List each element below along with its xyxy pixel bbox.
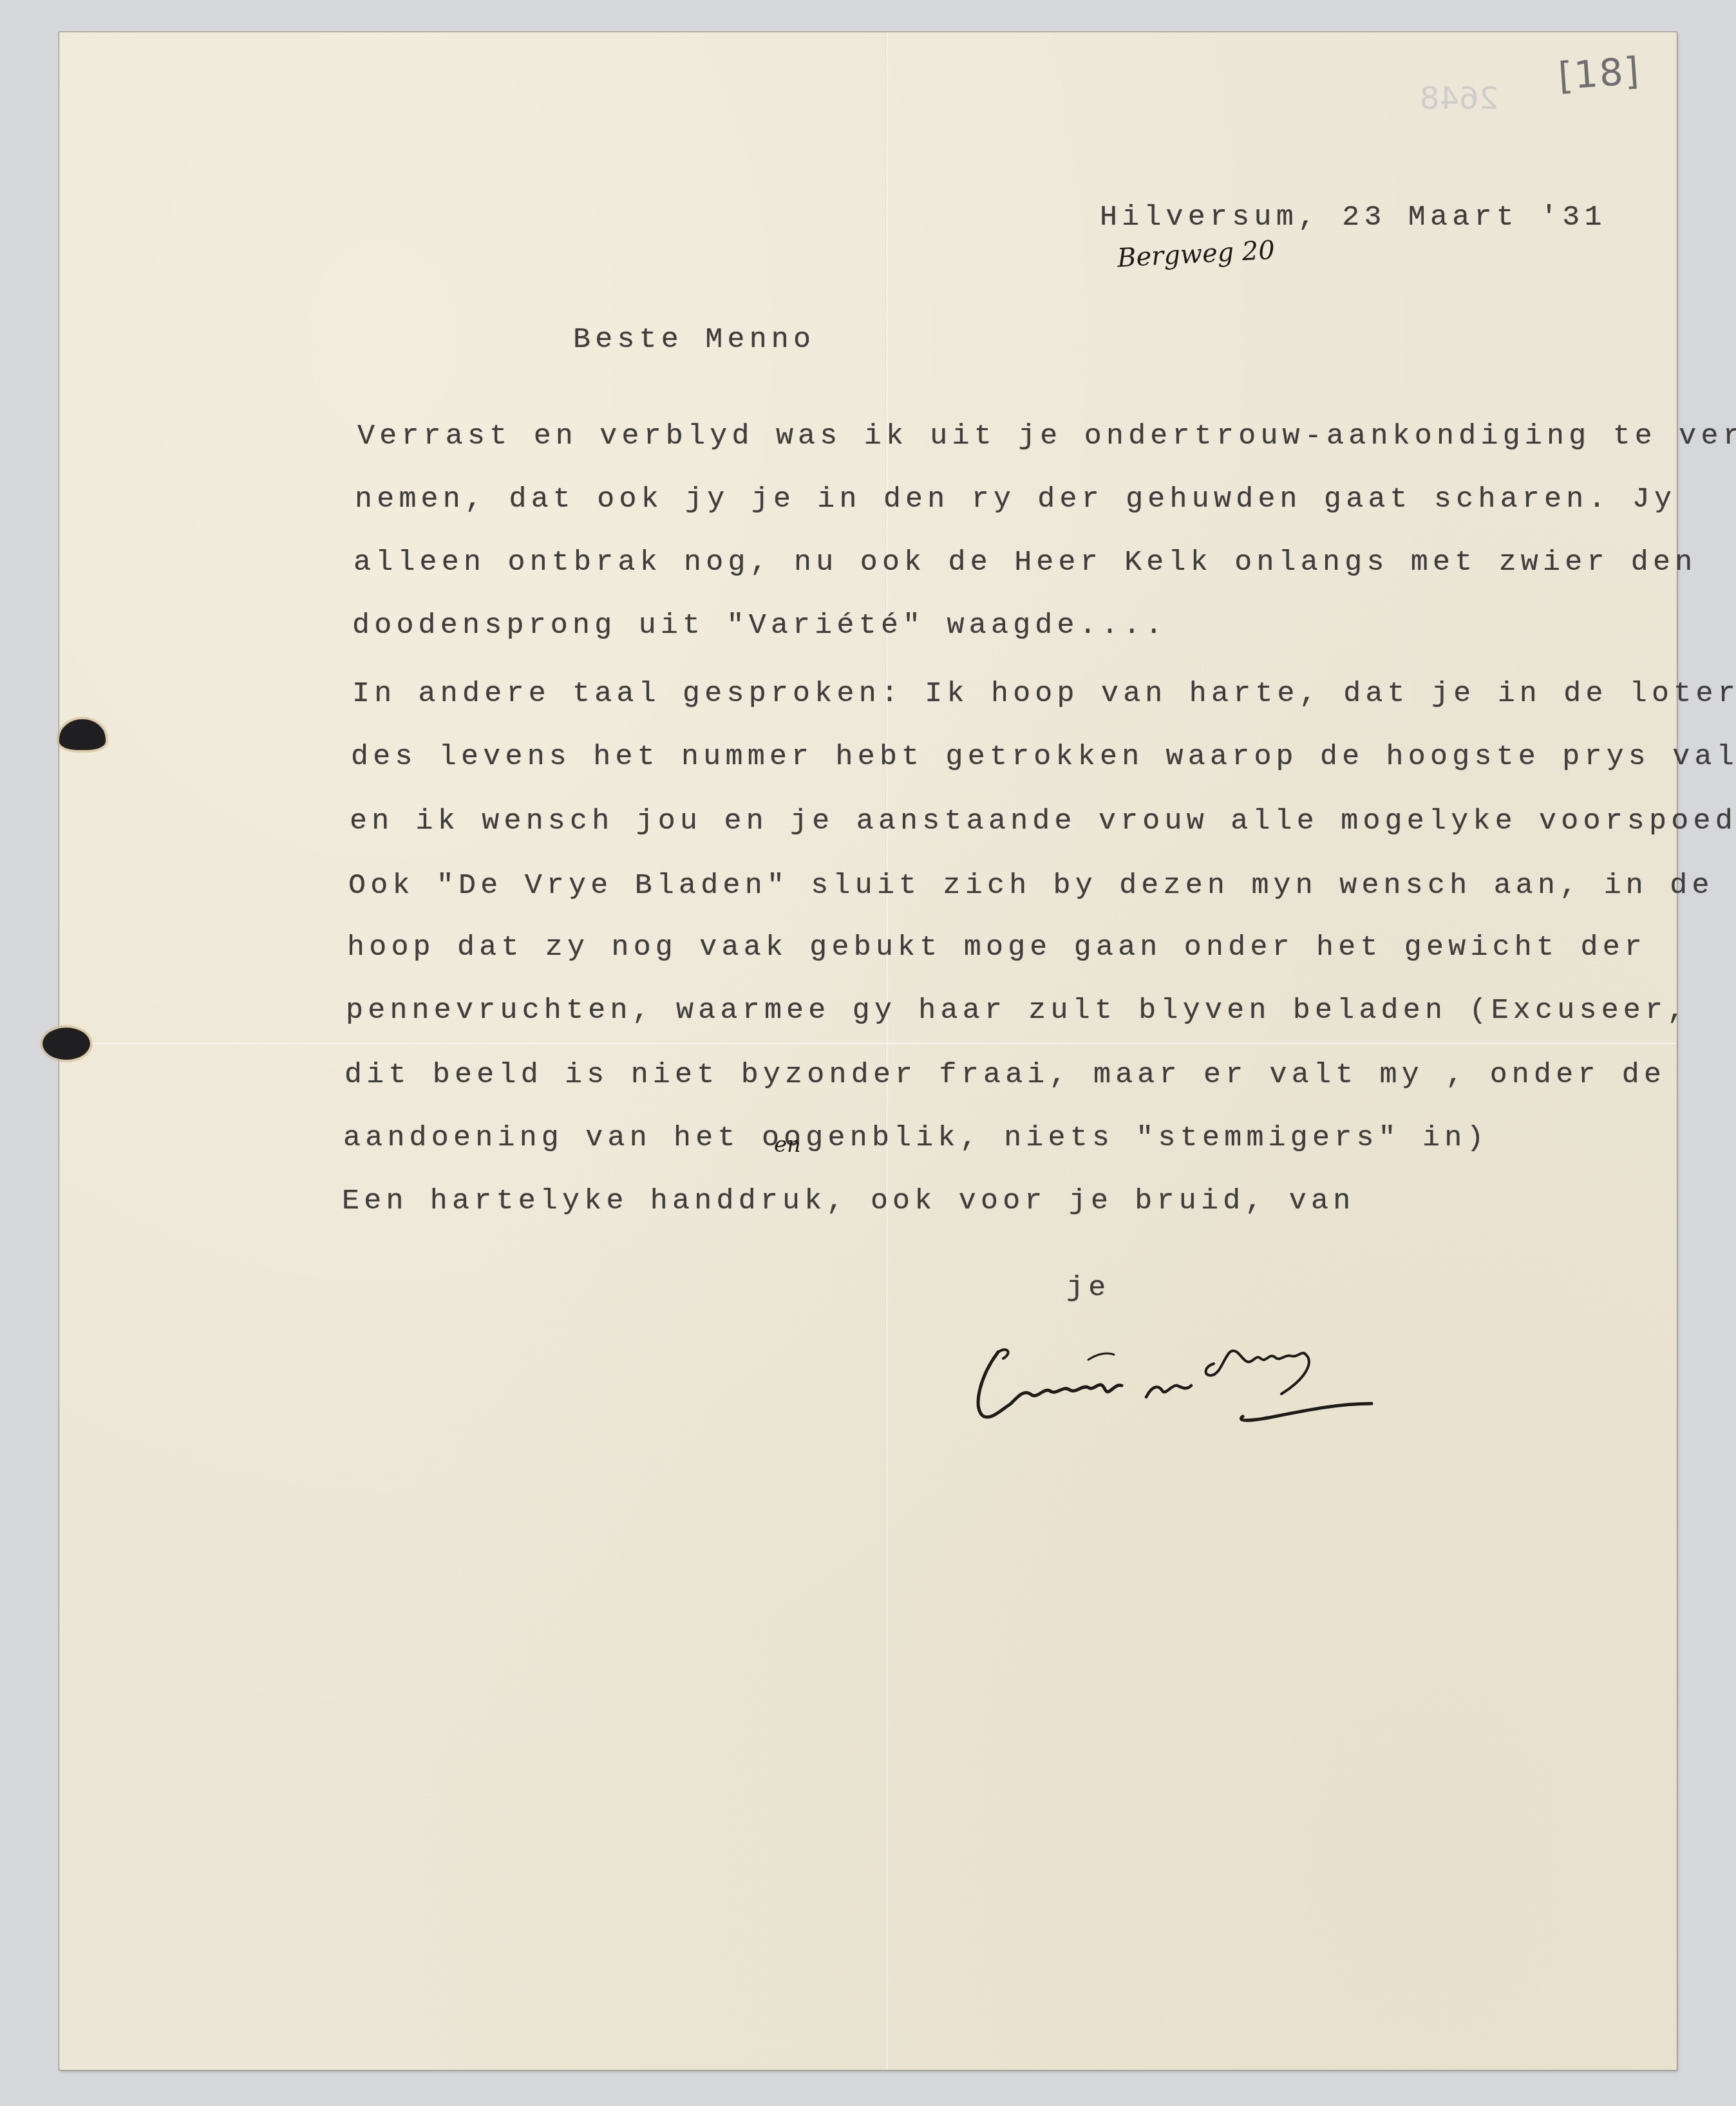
punch-hole-icon bbox=[42, 1028, 90, 1060]
vertical-fold-crease bbox=[885, 32, 888, 2070]
body-line: aandoening van het oogenblik, niets "ste… bbox=[343, 1122, 1489, 1154]
dateline: Hilversum, 23 Maart '31 bbox=[1100, 201, 1607, 234]
ghost-stamp: 2648 bbox=[1420, 80, 1498, 117]
salutation: Beste Menno bbox=[573, 323, 815, 356]
horizontal-fold-crease bbox=[59, 1042, 1677, 1044]
signature bbox=[972, 1313, 1391, 1423]
body-line: doodensprong uit "Variété" waagde.... bbox=[352, 609, 1167, 642]
body-line: des levens het nummer hebt getrokken waa… bbox=[351, 740, 1736, 773]
handwritten-correction: en bbox=[774, 1132, 801, 1158]
body-line: en ik wensch jou en je aanstaande vrouw … bbox=[350, 805, 1736, 838]
body-line: alleen ontbrak nog, nu ook de Heer Kelk … bbox=[354, 546, 1697, 579]
archive-number: [18] bbox=[1557, 49, 1641, 99]
body-line: Een hartelyke handdruk, ook voor je brui… bbox=[342, 1185, 1355, 1218]
closing: je bbox=[1066, 1272, 1110, 1304]
body-line: nemen, dat ook jy je in den ry der gehuw… bbox=[355, 483, 1676, 516]
body-line: dit beeld is niet byzonder fraai, maar e… bbox=[344, 1058, 1666, 1091]
body-line: Ook "De Vrye Bladen" sluit zich by dezen… bbox=[348, 869, 1714, 902]
body-line: pennevruchten, waarmee gy haar zult blyv… bbox=[346, 994, 1689, 1027]
letter-page bbox=[59, 32, 1677, 2070]
body-line: Verrast en verblyd was ik uit je ondertr… bbox=[357, 420, 1736, 453]
body-line: In andere taal gesproken: Ik hoop van ha… bbox=[352, 677, 1736, 710]
body-line: hoop dat zy nog vaak gebukt moge gaan on… bbox=[347, 931, 1646, 964]
